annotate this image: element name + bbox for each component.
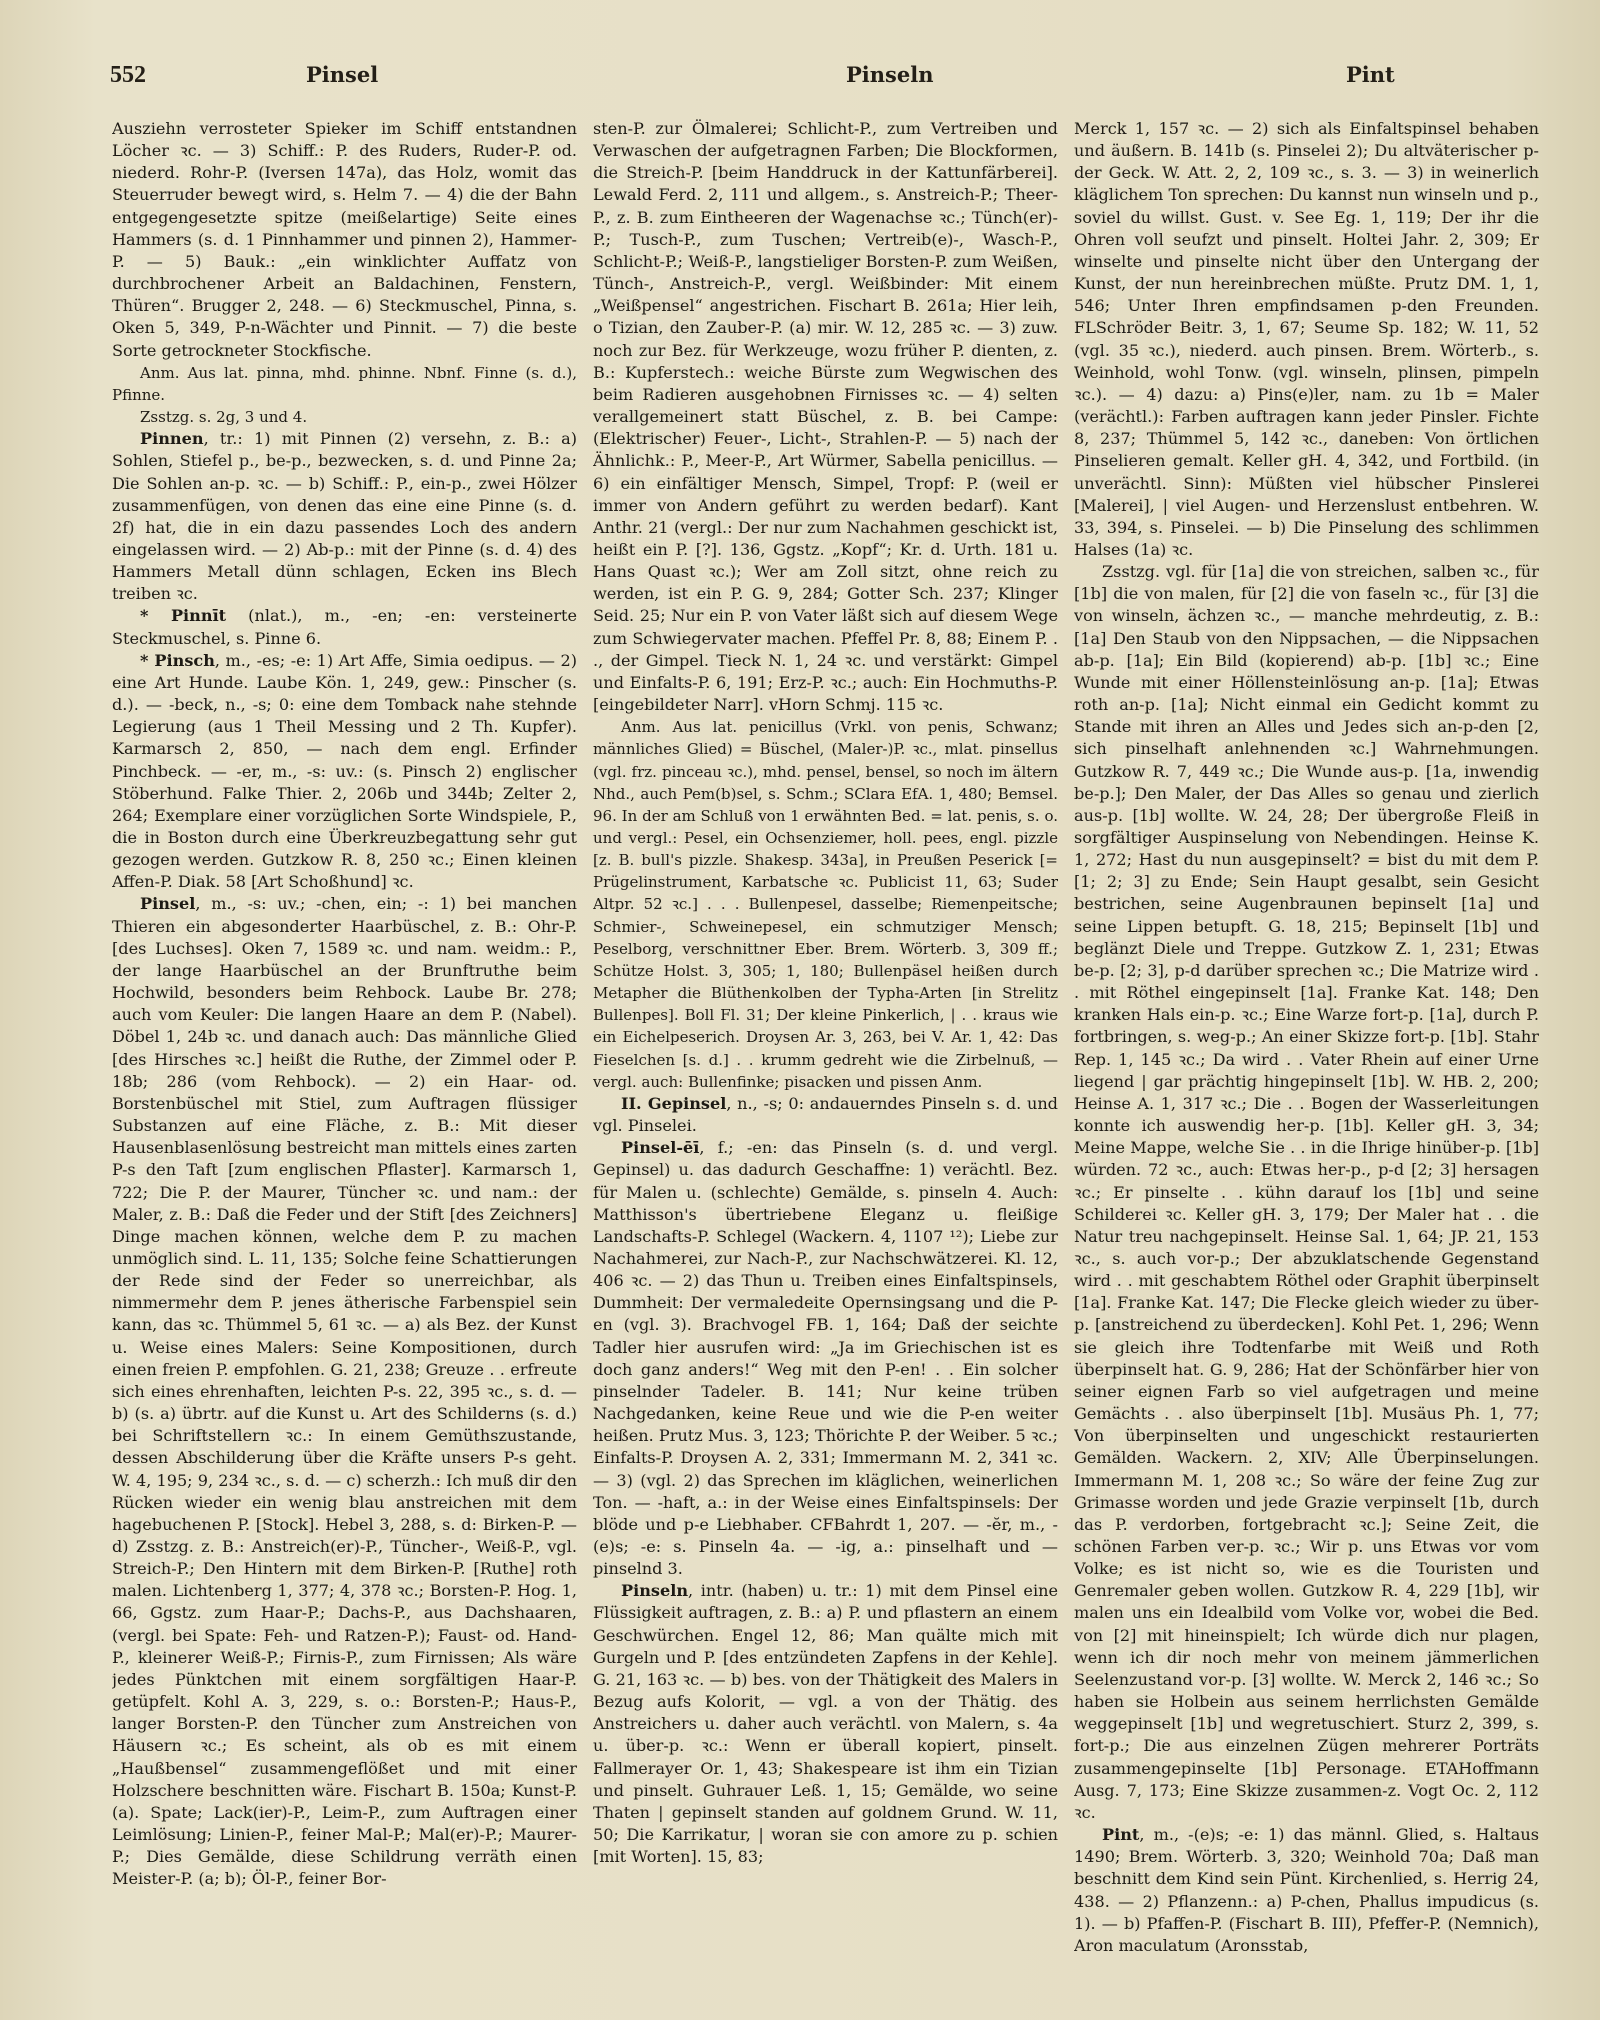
headword: * Pinnīt [140,606,226,625]
dictionary-entry: * Pinsch, m., -es; -e: 1) Art Affe, Simi… [112,650,577,894]
entry-note: Anm. Aus lat. pinna, mhd. phinne. Nbnf. … [112,362,577,406]
entry-text: , f.; -en: das Pinseln (s. d. und vergl.… [593,1138,1058,1578]
dictionary-entry: Pint, m., -(e)s; -e: 1) das männl. Glied… [1074,1824,1539,1957]
column-middle: sten-P. zur Ölmalerei; Schlicht-P., zum … [593,118,1058,1998]
dictionary-entry: Pinnen, tr.: 1) mit Pinnen (2) versehn, … [112,428,577,605]
headword: II. Gepinsel [621,1094,726,1113]
column-right: Merck 1, 157 ꝛc. — 2) sich als Einfaltsp… [1074,118,1539,1998]
headword: Pinseln [621,1581,688,1600]
catchword-left: Pinsel [306,62,378,87]
entry-note: Zsstzg. s. 2g, 3 und 4. [112,406,577,428]
catchword-center: Pinseln [846,62,933,87]
entry-text: Zsstzg. s. 2g, 3 und 4. [140,408,307,426]
entry-text: Anm. Aus lat. penicillus (Vrkl. von peni… [593,718,1058,1091]
headword: Pinnen [140,429,204,448]
entry-continuation: Merck 1, 157 ꝛc. — 2) sich als Einfaltsp… [1074,118,1539,561]
headword: * Pinsch [140,651,215,670]
headword: Pinsel-ēī [621,1138,699,1157]
dictionary-entry: Pinseln, intr. (haben) u. tr.: 1) mit de… [593,1580,1058,1868]
entry-text: Anm. Aus lat. pinna, mhd. phinne. Nbnf. … [112,364,577,404]
dictionary-columns: Ausziehn verrosteter Spieker im Schiff e… [112,118,1540,1998]
entry-continuation: Ausziehn verrosteter Spieker im Schiff e… [112,118,577,362]
entry-text: , intr. (haben) u. tr.: 1) mit dem Pinse… [593,1581,1058,1866]
entry-text: Ausziehn verrosteter Spieker im Schiff e… [112,119,577,360]
entry-text: , tr.: 1) mit Pinnen (2) versehn, z. B.:… [112,429,577,603]
dictionary-entry: Zsstzg. vgl. für [1a] die von streichen,… [1074,561,1539,1824]
headword: Pinsel [140,894,195,913]
dictionary-entry: Pinsel, m., -s: uv.; -chen, ein; -: 1) b… [112,893,577,1890]
dictionary-entry: Pinsel-ēī, f.; -en: das Pinseln (s. d. u… [593,1137,1058,1580]
entry-text: sten-P. zur Ölmalerei; Schlicht-P., zum … [593,119,1058,714]
entry-text: Zsstzg. vgl. für [1a] die von streichen,… [1074,562,1539,1822]
entry-continuation: sten-P. zur Ölmalerei; Schlicht-P., zum … [593,118,1058,716]
dictionary-entry: * Pinnīt (nlat.), m., -en; -en: verstein… [112,605,577,649]
headword: Pint [1102,1825,1139,1844]
dictionary-entry: II. Gepinsel, n., -s; 0: andauerndes Pin… [593,1093,1058,1137]
entry-text: , m., -(e)s; -e: 1) das männl. Glied, s.… [1074,1825,1539,1955]
entry-text: , m., -s: uv.; -chen, ein; -: 1) bei man… [112,894,577,1888]
column-left: Ausziehn verrosteter Spieker im Schiff e… [112,118,577,1998]
page-number: 552 [110,62,146,89]
entry-text: Merck 1, 157 ꝛc. — 2) sich als Einfaltsp… [1074,119,1539,559]
entry-text: , m., -es; -e: 1) Art Affe, Simia oedipu… [112,651,577,892]
catchword-right: Pint [1346,62,1395,87]
entry-note: Anm. Aus lat. penicillus (Vrkl. von peni… [593,716,1058,1093]
running-header: 552 Pinsel Pinseln Pint [110,62,1540,94]
